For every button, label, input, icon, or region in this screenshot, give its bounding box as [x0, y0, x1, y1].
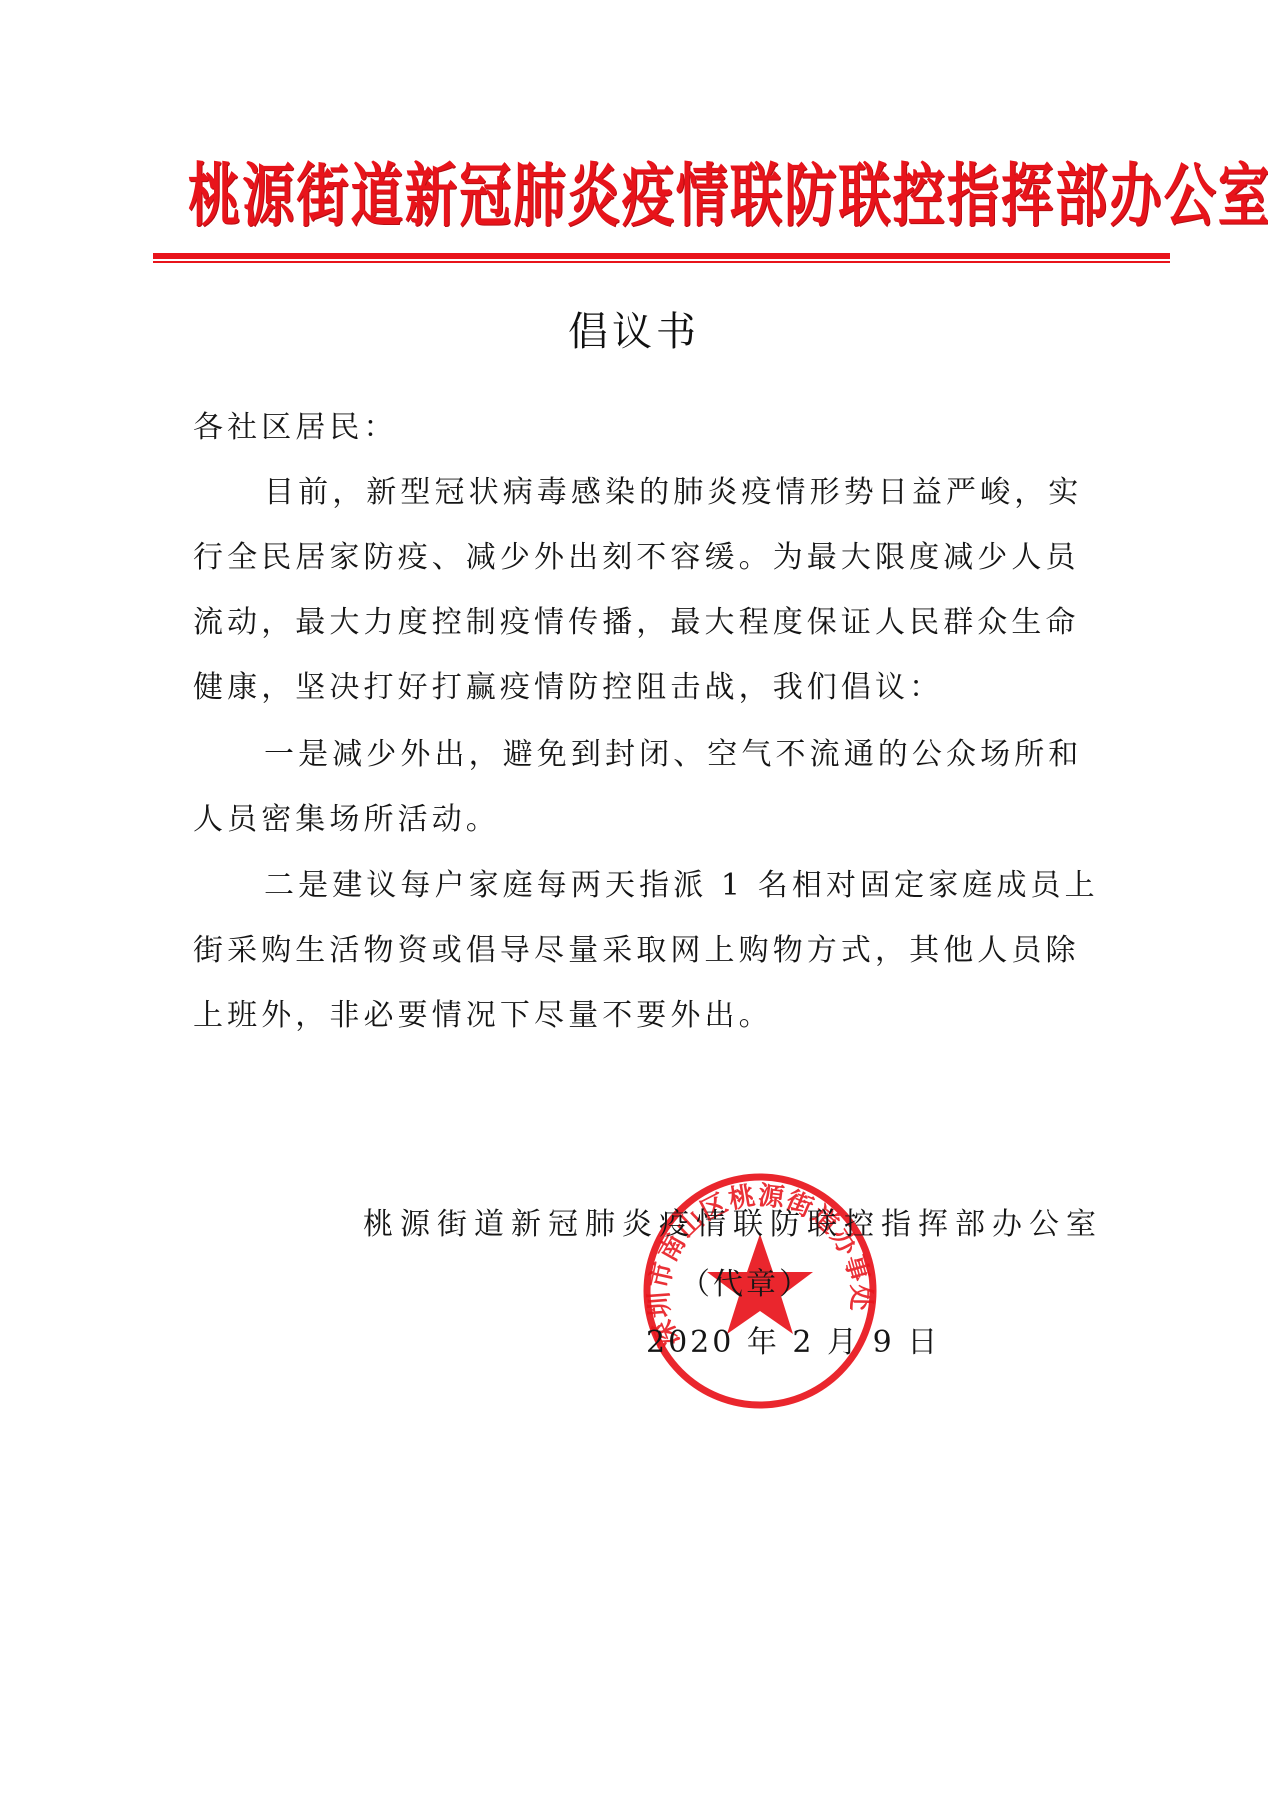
paragraph-2-line-1: 一是减少外出，避免到封闭、空气不流通的公众场所和	[264, 737, 1082, 773]
document-title: 倡议书	[0, 300, 1268, 357]
signature-note: （代章）	[680, 1267, 812, 1303]
letterhead-rule-thick	[153, 253, 1170, 259]
paragraph-1-line-3: 流动，最大力度控制疫情传播，最大程度保证人民群众生命	[193, 605, 1080, 641]
signature-organization: 桃源街道新冠肺炎疫情联防联控指挥部办公室	[363, 1207, 1103, 1243]
paragraph-1-line-2: 行全民居家防疫、减少外出刻不容缓。为最大限度减少人员	[193, 540, 1080, 576]
paragraph-3-line-3: 上班外，非必要情况下尽量不要外出。	[193, 998, 773, 1034]
letterhead-rule-thin	[153, 261, 1170, 263]
letterhead-title: 桃源街道新冠肺炎疫情联防联控指挥部办公室	[188, 160, 1178, 268]
paragraph-3-line-1: 二是建议每户家庭每两天指派 1 名相对固定家庭成员上	[264, 868, 1099, 904]
signature-date: 2020 年 2 月 9 日	[646, 1325, 940, 1361]
salutation: 各社区居民：	[193, 410, 398, 446]
paragraph-3-line-2: 街采购生活物资或倡导尽量采取网上购物方式，其他人员除	[193, 933, 1080, 969]
paragraph-1-line-1: 目前，新型冠状病毒感染的肺炎疫情形势日益严峻，实	[264, 475, 1082, 511]
paragraph-2-line-2: 人员密集场所活动。	[193, 802, 500, 838]
paragraph-1-line-4: 健康，坚决打好打赢疫情防控阻击战，我们倡议：	[193, 670, 943, 706]
